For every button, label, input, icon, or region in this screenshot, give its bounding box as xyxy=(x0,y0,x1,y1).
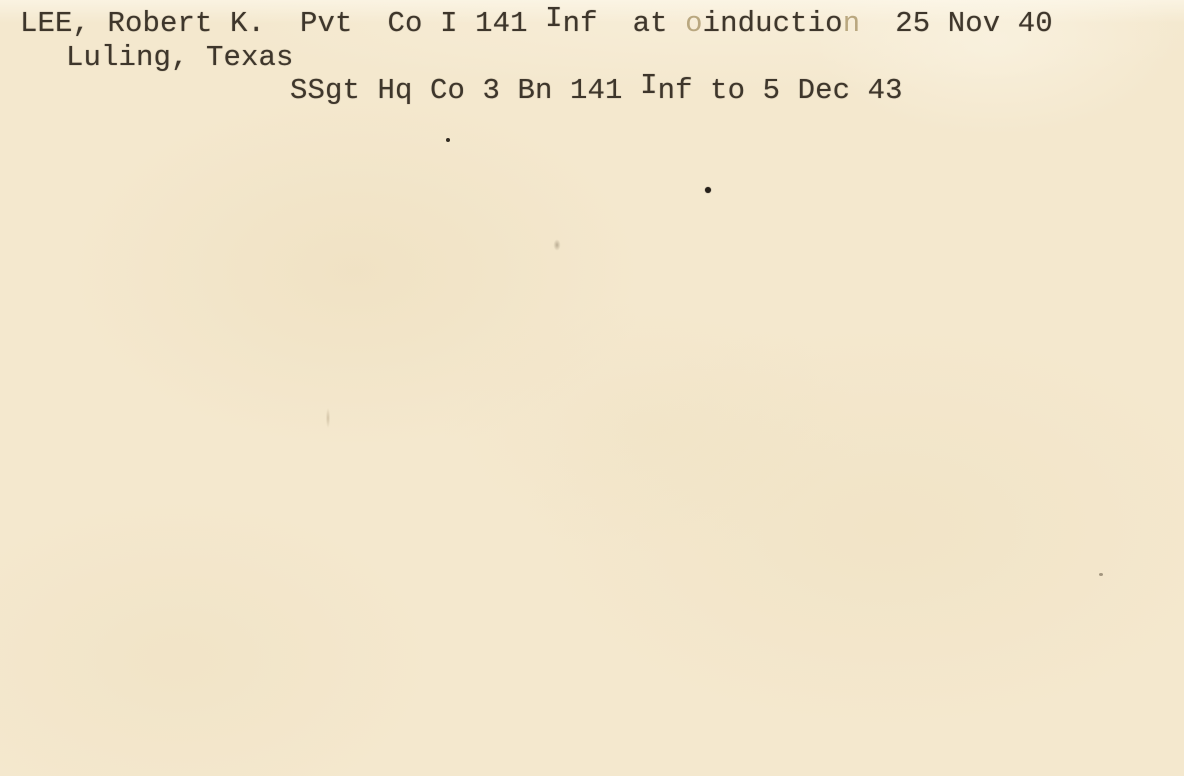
induction-date: 25 Nov 40 xyxy=(860,7,1053,40)
typed-line-hometown: Luling, Texas xyxy=(66,41,294,74)
inf-abbreviation: nf xyxy=(658,74,693,107)
at-text: at xyxy=(598,7,686,40)
typed-line-promotion: SSgt Hq Co 3 Bn 141 Inf to 5 Dec 43 xyxy=(290,74,903,107)
hometown-text: Luling, Texas xyxy=(66,41,294,74)
promotion-unit-text: SSgt Hq Co 3 Bn 141 xyxy=(290,74,640,107)
ink-speck xyxy=(446,138,450,142)
induction-text: inductio xyxy=(703,7,843,40)
name-rank-unit-text: LEE, Robert K. Pvt Co I 141 xyxy=(20,7,545,40)
inf-abbreviation: nf xyxy=(563,7,598,40)
ghost-letter-n: n xyxy=(843,7,861,40)
promotion-date-text: to 5 Dec 43 xyxy=(693,74,903,107)
superscript-i-glyph: I xyxy=(640,69,658,102)
index-card-scan: LEE, Robert K. Pvt Co I 141 Inf at oindu… xyxy=(0,0,1184,776)
ghost-letter-o: o xyxy=(685,7,703,40)
typed-line-name-rank-induction: LEE, Robert K. Pvt Co I 141 Inf at oindu… xyxy=(20,7,1053,40)
superscript-i-glyph: I xyxy=(545,2,563,35)
ink-speck xyxy=(1099,573,1103,576)
ink-speck xyxy=(705,187,711,193)
